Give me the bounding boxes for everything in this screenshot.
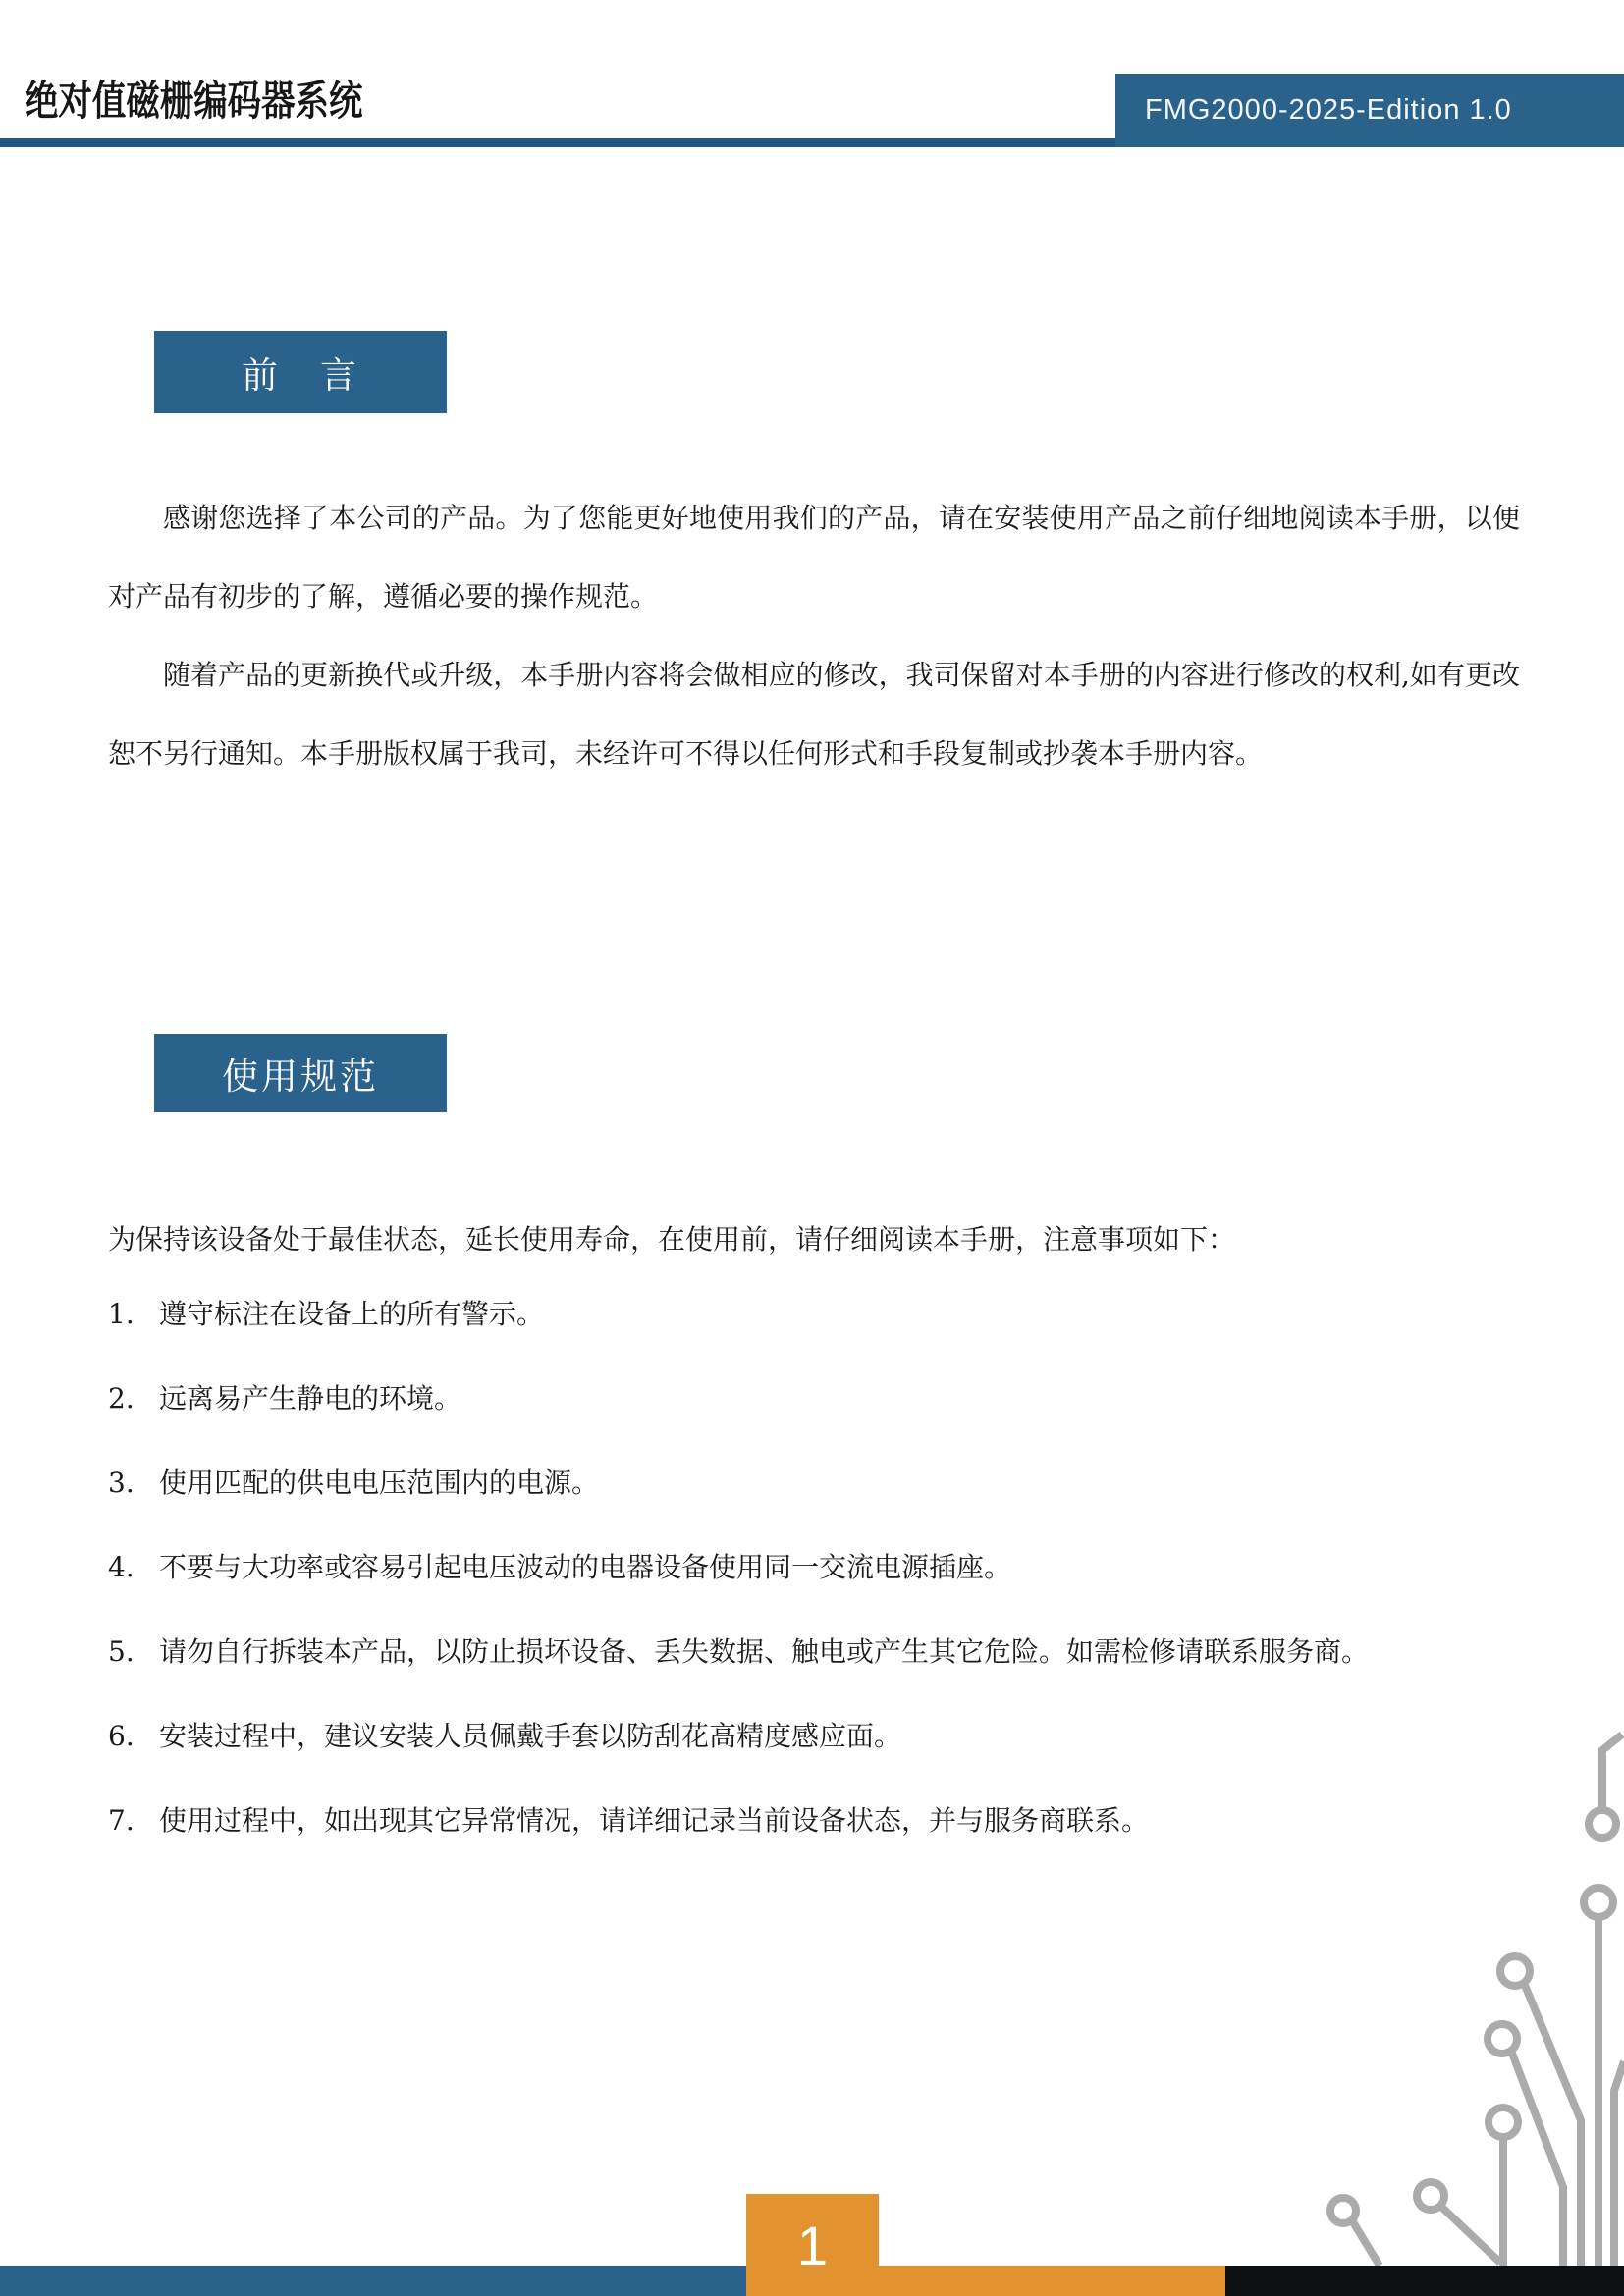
footer-bar-orange: [746, 2266, 1225, 2296]
list-item-number: 2.: [108, 1380, 159, 1417]
edition-badge: FMG2000-2025-Edition 1.0: [1115, 74, 1624, 147]
usage-intro: 为保持该设备处于最佳状态，延长使用寿命，在使用前，请仔细阅读本手册，注意事项如下…: [108, 1219, 1522, 1260]
list-item: 2. 远离易产生静电的环境。: [108, 1380, 1551, 1417]
list-item-text: 使用过程中，如出现其它异常情况，请详细记录当前设备状态，并与服务商联系。: [159, 1802, 1149, 1840]
preface-paragraph: 感谢您选择了本公司的产品。为了您能更好地使用我们的产品，请在安装使用产品之前仔细…: [108, 479, 1520, 636]
usage-heading-badge: 使用规范: [154, 1034, 447, 1112]
list-item-number: 1.: [108, 1296, 159, 1333]
list-item-number: 4.: [108, 1549, 159, 1586]
list-item: 4. 不要与大功率或容易引起电压波动的电器设备使用同一交流电源插座。: [108, 1549, 1551, 1586]
list-item: 5. 请勿自行拆装本产品，以防止损坏设备、丢失数据、触电或产生其它危险。如需检修…: [108, 1633, 1551, 1671]
usage-heading-label: 使用规范: [222, 1046, 379, 1099]
preface-heading-badge: 前 言: [154, 331, 447, 413]
list-item-text: 不要与大功率或容易引起电压波动的电器设备使用同一交流电源插座。: [159, 1549, 1011, 1586]
list-item-number: 6.: [108, 1718, 159, 1755]
list-item-number: 3.: [108, 1465, 159, 1502]
list-item-text: 使用匹配的供电电压范围内的电源。: [159, 1465, 599, 1502]
document-title: 绝对值磁栅编码器系统: [25, 79, 362, 124]
preface-body: 感谢您选择了本公司的产品。为了您能更好地使用我们的产品，请在安装使用产品之前仔细…: [108, 479, 1520, 793]
footer-bar-blue: [0, 2266, 746, 2296]
list-item-number: 7.: [108, 1802, 159, 1840]
list-item: 3. 使用匹配的供电电压范围内的电源。: [108, 1465, 1551, 1502]
preface-heading-label: 前 言: [242, 346, 359, 399]
preface-paragraph: 随着产品的更新换代或升级，本手册内容将会做相应的修改，我司保留对本手册的内容进行…: [108, 636, 1520, 793]
list-item-text: 请勿自行拆装本产品，以防止损坏设备、丢失数据、触电或产生其它危险。如需检修请联系…: [159, 1633, 1369, 1671]
list-item-number: 5.: [108, 1633, 159, 1671]
footer-bar-black: [1225, 2266, 1624, 2296]
edition-label: FMG2000-2025-Edition 1.0: [1145, 94, 1512, 127]
list-item-text: 安装过程中，建议安装人员佩戴手套以防刮花高精度感应面。: [159, 1718, 901, 1755]
header-rule: [0, 138, 1115, 147]
circuit-traces-icon: [1316, 1708, 1624, 2266]
list-item-text: 遵守标注在设备上的所有警示。: [159, 1296, 544, 1333]
list-item: 1. 遵守标注在设备上的所有警示。: [108, 1296, 1551, 1333]
manual-page: { "header": { "title": "绝对值磁栅编码器系统", "ed…: [0, 0, 1624, 2296]
list-item-text: 远离易产生静电的环境。: [159, 1380, 461, 1417]
